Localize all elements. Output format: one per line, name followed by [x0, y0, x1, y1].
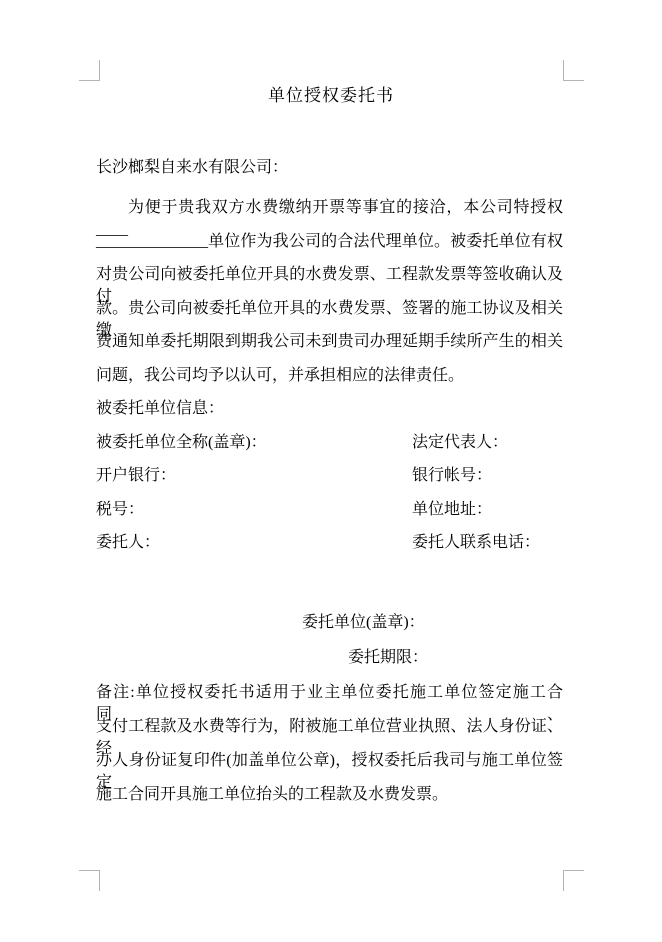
form-label-company-address: 单位地址：	[412, 499, 492, 521]
note-line-4: 施工合同开具施工单位抬头的工程款及水费发票。	[96, 784, 563, 806]
form-label-company-name: 被委托单位全称(盖章)：	[96, 434, 267, 451]
form-label-agent: 委托人：	[96, 534, 160, 551]
form-label-agent-phone: 委托人联系电话：	[412, 532, 540, 554]
body-line-6: 问题，我公司均予以认可，并承担相应的法律责任。	[96, 365, 563, 387]
form-row-agent-phone: 委托人： 委托人联系电话：	[96, 532, 563, 554]
seal-line: 委托单位(盖章)：	[302, 612, 662, 634]
form-label-legal-representative: 法定代表人：	[412, 432, 508, 454]
margin-crop-mark-top-left	[79, 60, 100, 81]
document-page: 单位授权委托书 长沙榔梨自来水有限公司： 为便于贵我双方水费缴纳开票等事宜的接洽…	[0, 0, 662, 942]
period-line: 委托期限：	[348, 647, 662, 669]
form-row-company-representative: 被委托单位全称(盖章)： 法定代表人：	[96, 432, 563, 454]
margin-crop-mark-bottom-left	[79, 870, 100, 891]
margin-crop-mark-top-right	[563, 60, 584, 81]
form-label-tax-id: 税号：	[96, 501, 144, 518]
form-label-bank: 开户银行：	[96, 467, 176, 484]
form-row-tax-address: 税号： 单位地址：	[96, 499, 563, 521]
margin-crop-mark-bottom-right	[563, 870, 584, 891]
info-heading: 被委托单位信息：	[96, 398, 563, 420]
body-line-2: ______________单位作为我公司的合法代理单位。被委托单位有权	[96, 231, 563, 253]
form-row-bank-account: 开户银行： 银行帐号：	[96, 465, 563, 487]
document-title: 单位授权委托书	[0, 85, 662, 107]
salutation-line: 长沙榔梨自来水有限公司：	[96, 157, 563, 179]
form-label-account-number: 银行帐号：	[412, 465, 492, 487]
body-line-5: 费通知单委托期限到期我公司未到贵司办理延期手续所产生的相关	[96, 331, 563, 353]
